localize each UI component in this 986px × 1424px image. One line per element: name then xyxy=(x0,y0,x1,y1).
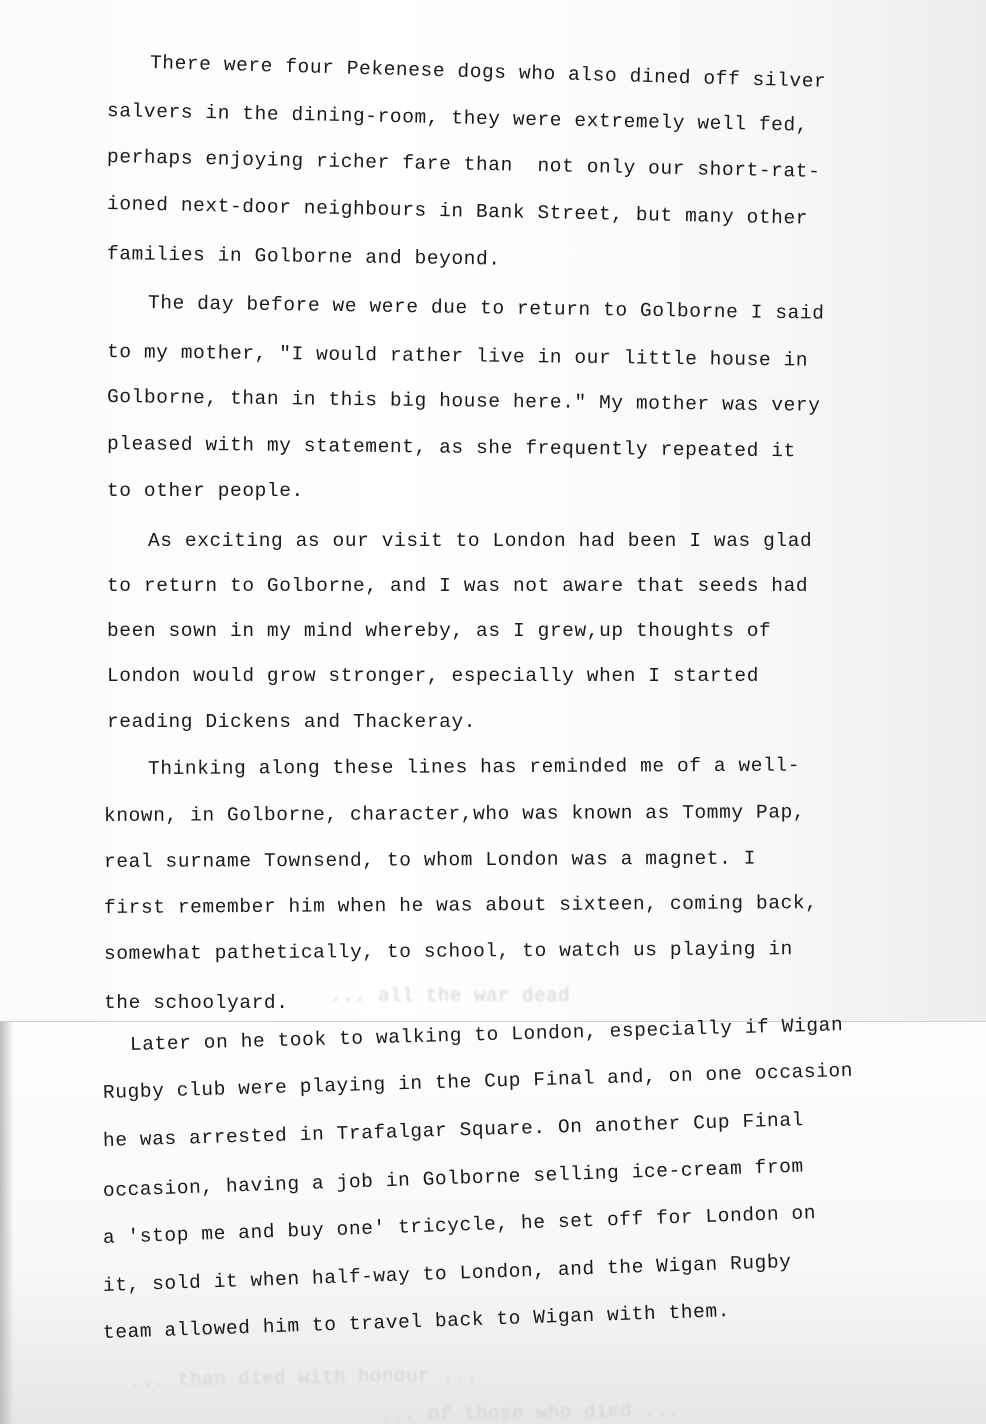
text-line: As exciting as our visit to London had b… xyxy=(148,530,812,552)
text-line: occasion, having a job in Golborne selli… xyxy=(103,1156,805,1202)
text-line: ioned next-door neighbours in Bank Stree… xyxy=(107,193,809,230)
text-line: pleased with my statement, as she freque… xyxy=(107,433,796,462)
text-line: Thinking along these lines has reminded … xyxy=(148,755,800,780)
text-line: to return to Golborne, and I was not awa… xyxy=(107,575,808,597)
text-line: perhaps enjoying richer fare than not on… xyxy=(107,146,821,183)
bleed-through-text: ... all the war dead xyxy=(330,985,570,1007)
text-line: reading Dickens and Thackeray. xyxy=(107,711,476,733)
text-line: team allowed him to travel back to Wigan… xyxy=(103,1300,731,1344)
text-line: known, in Golborne, character,who was kn… xyxy=(104,801,805,827)
text-line: London would grow stronger, especially w… xyxy=(107,665,759,687)
text-line: first remember him when he was about six… xyxy=(104,892,818,919)
typed-page-upper: ... all the war dead There were four Pek… xyxy=(0,0,986,1022)
text-line: it, sold it when half-way to London, and… xyxy=(103,1251,792,1297)
text-line: somewhat pathetically, to school, to wat… xyxy=(104,938,793,965)
bleed-through-text: ... of those who died ... xyxy=(380,1399,680,1424)
text-line: he was arrested in Trafalgar Square. On … xyxy=(103,1109,805,1152)
text-line: been sown in my mind whereby, as I grew,… xyxy=(107,620,771,642)
text-line: to other people. xyxy=(107,480,304,502)
text-line: The day before we were due to return to … xyxy=(148,292,825,325)
bleed-through-text: ... than died with honour ... xyxy=(130,1364,478,1392)
text-line: real surname Townsend, to whom London wa… xyxy=(104,848,756,873)
pasted-paper-strip: ... than died with honour ... ... of tho… xyxy=(0,1022,986,1424)
text-line: salvers in the dining-room, they were ex… xyxy=(107,100,809,137)
text-line: the schoolyard. xyxy=(104,992,289,1014)
text-line: to my mother, "I would rather live in ou… xyxy=(107,341,808,372)
text-line: There were four Pekenese dogs who also d… xyxy=(150,52,827,93)
text-line: Golborne, than in this big house here." … xyxy=(107,386,821,417)
text-line: families in Golborne and beyond. xyxy=(107,243,501,270)
text-line: a 'stop me and buy one' tricycle, he set… xyxy=(103,1202,817,1249)
text-line: Rugby club were playing in the Cup Final… xyxy=(103,1060,854,1104)
